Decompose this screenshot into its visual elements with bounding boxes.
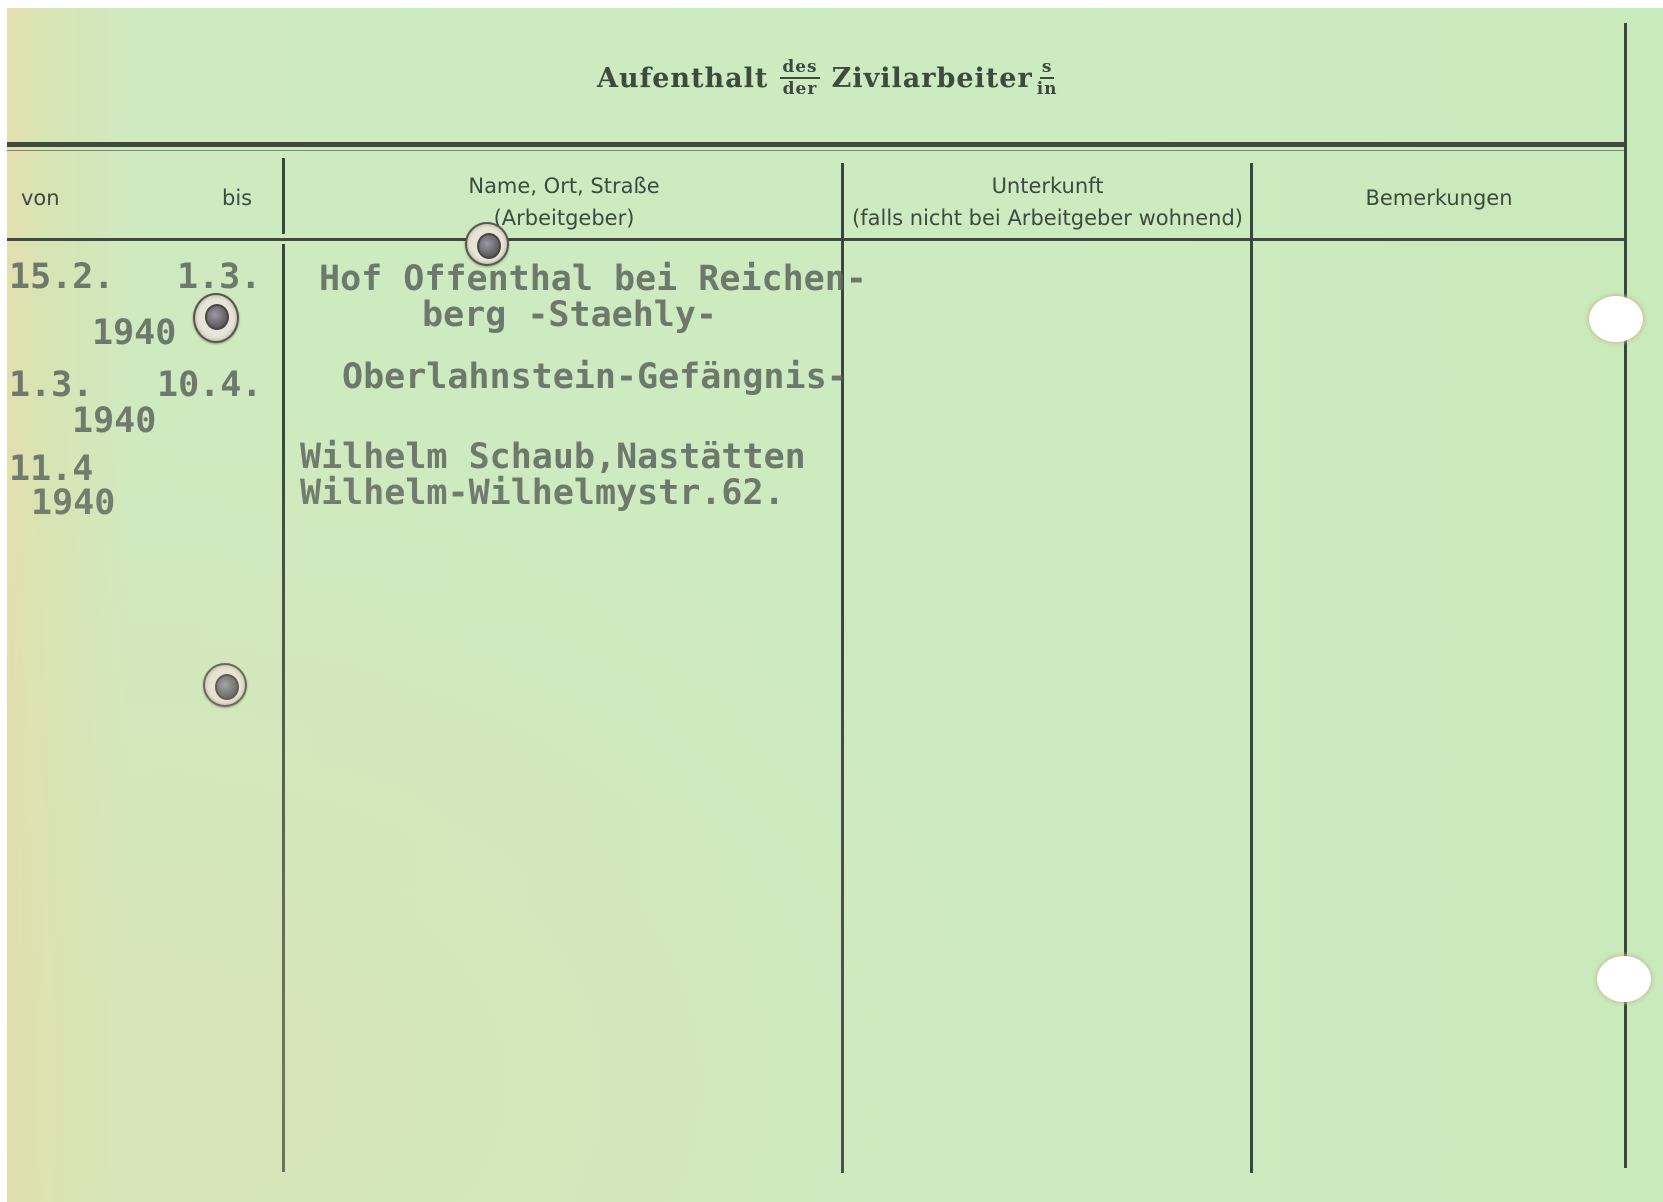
entry-1-to: 1.3. (177, 258, 261, 296)
header-top-rule (7, 142, 1625, 147)
column-header-remarks: Bemerkungen (1254, 182, 1624, 214)
title-suffix-top: s (1040, 58, 1055, 79)
card-title: Aufenthalt des der Zivilarbeiter s in (597, 48, 1058, 108)
title-suffix-bottom: in (1037, 79, 1058, 98)
eyelet-entry1-icon (193, 293, 239, 343)
divider-dates-employer-body (282, 244, 285, 1172)
entry-2-from: 1.3. (9, 366, 93, 404)
column-header-lodging-line2: (falls nicht bei Arbeitgeber wohnend) (845, 202, 1250, 234)
title-article-fraction: des der (780, 58, 819, 98)
entry-1-employer-line1: Hof Offenthal bei Reichen- (319, 260, 867, 298)
divider-dates-employer (282, 158, 285, 234)
title-prefix: Aufenthalt (597, 63, 768, 94)
title-article-top: des (780, 58, 819, 79)
entry-2-to: 10.4. (157, 366, 262, 404)
entry-1-employer-line2: berg -Staehly- (422, 296, 717, 334)
divider-employer-lodging (841, 163, 844, 1173)
title-article-bottom: der (783, 79, 818, 98)
column-header-lodging: Unterkunft (falls nicht bei Arbeitgeber … (845, 170, 1250, 234)
column-header-employer-line2: (Arbeitgeber) (287, 202, 841, 234)
divider-lodging-remarks (1250, 163, 1253, 1173)
header-bottom-rule (7, 238, 1625, 241)
entry-2-year: 1940 (72, 402, 156, 440)
eyelet-header-icon (465, 222, 509, 266)
column-header-employer: Name, Ort, Straße (Arbeitgeber) (287, 170, 841, 234)
punch-hole-top-icon (1589, 296, 1643, 342)
column-header-to: bis (222, 182, 252, 214)
entry-3-employer-line1: Wilhelm Schaub,Nastätten (300, 438, 806, 476)
registration-card: Aufenthalt des der Zivilarbeiter s in vo… (7, 8, 1663, 1202)
header-top-thin-rule (7, 150, 1625, 151)
entry-3-year: 1940 (31, 484, 115, 522)
entry-2-employer-line1: Oberlahnstein-Gefängnis- (342, 358, 848, 396)
column-header-lodging-line1: Unterkunft (845, 170, 1250, 202)
title-noun: Zivilarbeiter (832, 63, 1033, 94)
title-suffix-fraction: s in (1037, 58, 1058, 98)
entry-3-employer-line2: Wilhelm-Wilhelmystr.62. (300, 474, 785, 512)
eyelet-lower-icon (203, 663, 247, 707)
entry-1-from: 15.2. (9, 258, 114, 296)
entry-1-year: 1940 (92, 314, 176, 352)
punch-hole-bottom-icon (1597, 956, 1651, 1002)
column-header-from: von (21, 182, 60, 214)
column-header-employer-line1: Name, Ort, Straße (287, 170, 841, 202)
